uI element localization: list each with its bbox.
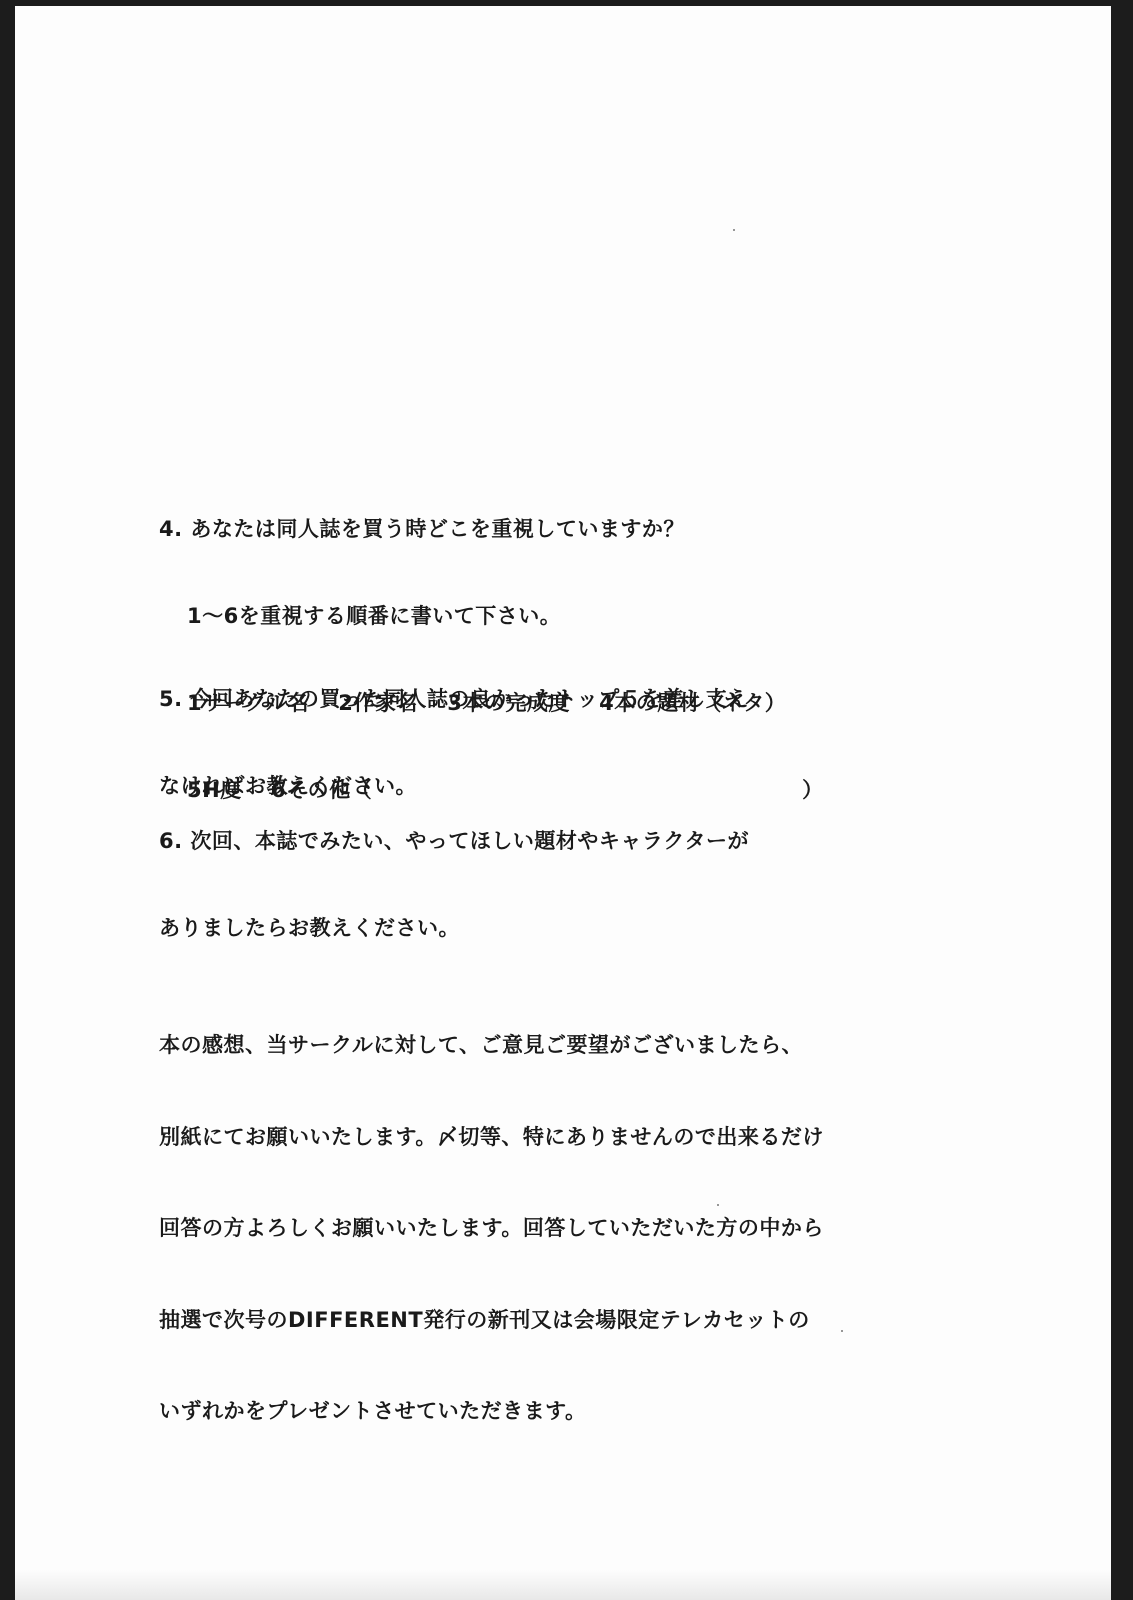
questionnaire-page: 4. あなたは同人誌を買う時どこを重視していますか？ 1～6を重視する順番に書い…: [15, 6, 1111, 1600]
question-6-line-1: 6. 次回、本誌でみたい、やってほしい題材やキャラクターが: [159, 827, 749, 856]
question-6-line-2: ありましたらお教えください。: [159, 914, 749, 943]
closing-note: 本の感想、当サークルに対して、ご意見ご要望がございましたら、 別紙にてお願いいた…: [159, 969, 824, 1488]
closing-line-5: いずれかをプレゼントさせていただきます。: [159, 1396, 824, 1427]
closing-line-4: 抽選で次号のDIFFERENT発行の新刊又は会場限定テレカセットの: [159, 1305, 824, 1336]
scan-speck: [841, 1330, 843, 1332]
closing-line-2: 別紙にてお願いいたします。〆切等、特にありませんので出来るだけ: [159, 1122, 824, 1153]
scan-speck: [717, 1204, 719, 1206]
scan-speck: [733, 229, 735, 231]
closing-line-1: 本の感想、当サークルに対して、ご意見ご要望がございましたら、: [159, 1030, 824, 1061]
question-6: 6. 次回、本誌でみたい、やってほしい題材やキャラクターが ありましたらお教えく…: [159, 769, 749, 1001]
question-4-title: 4. あなたは同人誌を買う時どこを重視していますか？: [159, 515, 824, 544]
question-5-line-1: 5. 今回あなたの買った同人誌の良かったトップ５を差し支え: [159, 685, 749, 714]
closing-line-3: 回答の方よろしくお願いいたします。回答していただいた方の中から: [159, 1213, 824, 1244]
